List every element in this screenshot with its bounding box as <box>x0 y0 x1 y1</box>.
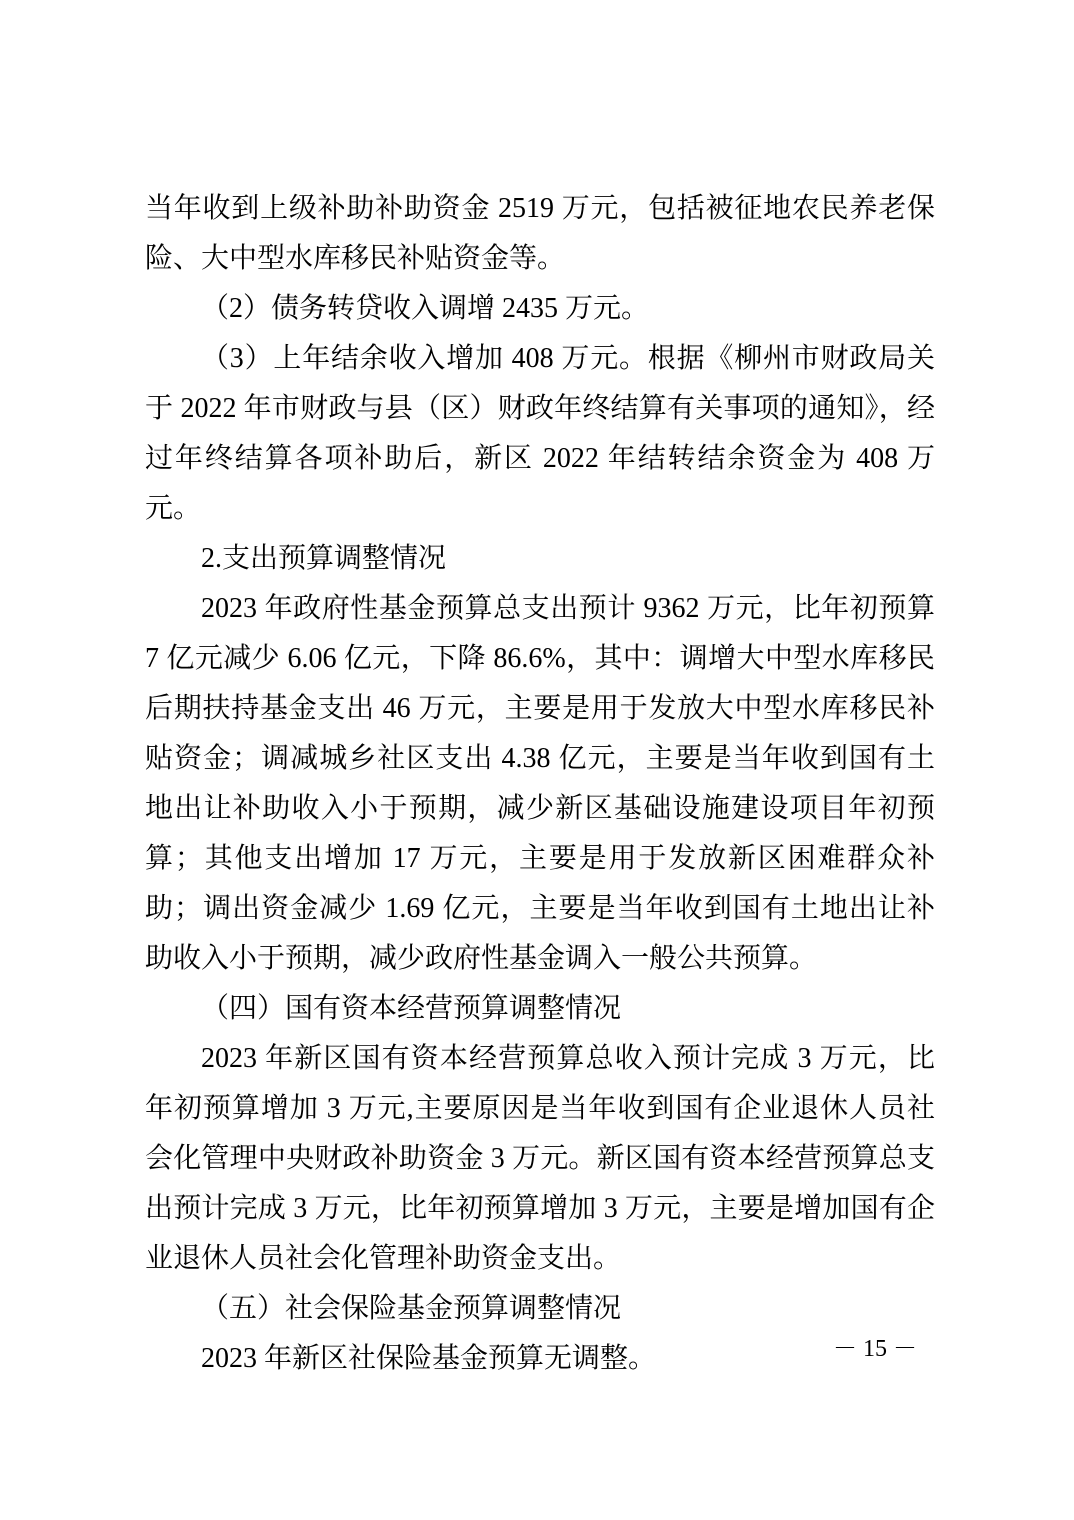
section-heading-state-capital: （四）国有资本经营预算调整情况 <box>145 984 935 1034</box>
page-number: － 15 － <box>795 1334 955 1364</box>
sub-heading-expenditure-adjustment: 2.支出预算调整情况 <box>145 534 935 584</box>
paragraph-continuation: 当年收到上级补助补助资金 2519 万元，包括被征地农民养老保险、大中型水库移民… <box>145 184 935 284</box>
paragraph-item-3: （3）上年结余收入增加 408 万元。根据《柳州市财政局关于 2022 年市财政… <box>145 334 935 534</box>
paragraph-government-fund-expenditure: 2023 年政府性基金预算总支出预计 9362 万元，比年初预算 7 亿元减少 … <box>145 584 935 984</box>
paragraph-state-capital-budget: 2023 年新区国有资本经营预算总收入预计完成 3 万元，比年初预算增加 3 万… <box>145 1034 935 1284</box>
document-page: 当年收到上级补助补助资金 2519 万元，包括被征地农民养老保险、大中型水库移民… <box>0 0 1074 1520</box>
document-body: 当年收到上级补助补助资金 2519 万元，包括被征地农民养老保险、大中型水库移民… <box>145 184 935 1384</box>
paragraph-item-2: （2）债务转贷收入调增 2435 万元。 <box>145 284 935 334</box>
section-heading-social-insurance: （五）社会保险基金预算调整情况 <box>145 1284 935 1334</box>
